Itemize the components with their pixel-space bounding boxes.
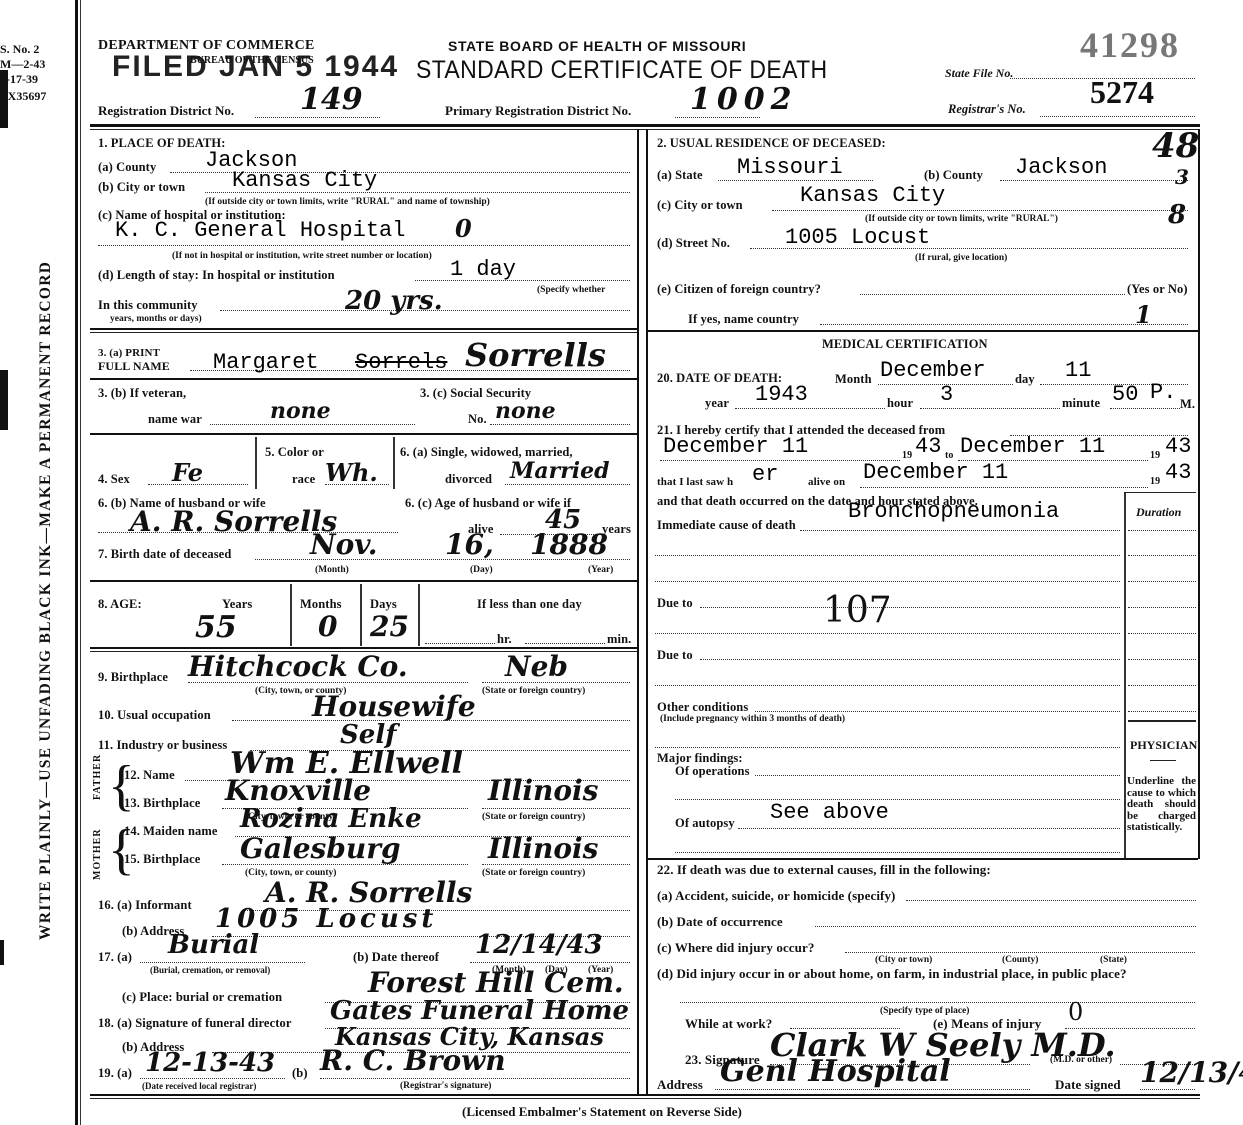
external-heading: 22. If death was due to external causes,… — [657, 862, 991, 878]
spouse-value: A. R. Sorrells — [130, 505, 337, 538]
hospital-note: (If not in hospital or institution, writ… — [172, 251, 432, 261]
ink-instruction: WRITE PLAINLY—USE UNFADING BLACK INK—MAK… — [37, 261, 55, 940]
last-saw-value: er — [752, 462, 778, 487]
mother-maiden-label: 14. Maiden name — [124, 824, 218, 839]
autopsy-line — [738, 828, 1120, 829]
duration-divider — [1124, 492, 1126, 859]
hr-line — [425, 643, 495, 644]
duration-line — [1128, 607, 1196, 608]
signature-address-label: Address — [657, 1077, 703, 1093]
due-to-2-label: Due to — [657, 648, 693, 663]
scan-mark — [0, 370, 8, 430]
informant-label: 16. (a) Informant — [98, 898, 192, 913]
physician-header: PHYSICIAN — [1130, 738, 1197, 753]
industry-label: 11. Industry or business — [98, 738, 227, 753]
registration-district-label: Registration District No. — [98, 103, 234, 119]
duration-line — [1128, 530, 1196, 531]
primary-district-value: 1002 — [690, 82, 798, 117]
due-to-1-line — [700, 607, 1120, 608]
primary-district-label: Primary Registration District No. — [445, 103, 631, 119]
external-c-label: (c) Where did injury occur? — [657, 940, 814, 956]
race-label: race — [292, 472, 315, 487]
form-border-right — [1198, 129, 1200, 859]
scan-mark — [0, 70, 8, 128]
birthplace-state: Neb — [505, 650, 568, 683]
country-value: 1 — [1135, 300, 1152, 329]
age-days-value: 25 — [370, 610, 409, 643]
disposition-date-label: (b) Date thereof — [353, 950, 439, 965]
row-rule — [90, 433, 637, 435]
while-at-work-label: While at work? — [685, 1016, 772, 1032]
attended-to-value: December 11 — [960, 434, 1105, 459]
duration-line — [1128, 633, 1196, 634]
disposition-label: 17. (a) — [98, 950, 132, 965]
autopsy-value: See above — [770, 800, 889, 825]
death-m-label: M. — [1180, 397, 1195, 412]
row-rule — [90, 580, 637, 582]
cell-divider — [360, 584, 362, 646]
duration-line — [1128, 659, 1196, 660]
external-b-line — [815, 926, 1196, 927]
death-minute-value: 50 — [1112, 382, 1138, 407]
registrar-sig-caption: (Registrar's signature) — [400, 1081, 491, 1091]
citizen-line — [860, 294, 1125, 295]
burial-place-value: Forest Hill Cem. — [368, 966, 624, 999]
embalmer-note: (Licensed Embalmer's Statement on Revers… — [462, 1104, 742, 1120]
mother-maiden-value: Rozina Enke — [240, 804, 422, 834]
birth-day: 16, — [445, 528, 494, 561]
duration-header: Duration — [1136, 505, 1181, 520]
external-b-label: (b) Date of occurrence — [657, 914, 783, 930]
duration-line — [1128, 711, 1196, 712]
mother-birthplace-city: Galesburg — [240, 832, 401, 865]
cause-line — [675, 799, 1120, 800]
section-rule — [90, 328, 637, 330]
cause-line — [655, 633, 1120, 634]
death-hour-value: 3 — [940, 382, 953, 407]
father-birthplace-city: Knoxville — [225, 774, 371, 807]
burial-place-label: (c) Place: burial or cremation — [122, 990, 282, 1005]
ss-no-label: No. — [468, 412, 487, 427]
external-county-caption: (County) — [1002, 955, 1038, 965]
registration-district-value: 149 — [300, 82, 363, 117]
war-line — [210, 424, 415, 425]
page-title: STANDARD CERTIFICATE OF DEATH — [416, 56, 827, 85]
form-border-left — [75, 0, 78, 1125]
cause-line — [655, 685, 1120, 686]
marital-value: Married — [510, 458, 610, 484]
birthplace-label: 9. Birthplace — [98, 670, 168, 685]
last-saw-label: that I last saw h — [657, 476, 733, 488]
attended-from-year: 43 — [915, 434, 941, 459]
residence-margin-code: 3 — [1175, 165, 1189, 189]
cell-divider — [393, 437, 395, 489]
other-conditions-label: Other conditions — [657, 700, 748, 715]
section-rule — [90, 332, 637, 333]
residence-margin-code: 8 — [1168, 200, 1186, 230]
registration-district-line — [255, 117, 380, 118]
war-value: none — [270, 398, 331, 424]
means-value: 0 — [1068, 998, 1083, 1026]
medical-heading: MEDICAL CERTIFICATION — [822, 337, 988, 352]
birth-year: 1888 — [530, 528, 608, 561]
immediate-cause-value: Bronchopneumonia — [848, 499, 1059, 524]
mother-birthplace-label: 15. Birthplace — [124, 852, 200, 867]
death-city-note: (If outside city or town limits, write "… — [205, 197, 490, 207]
death-hour-line — [920, 408, 1060, 409]
cell-divider — [418, 584, 420, 646]
alive-on-line — [860, 487, 1148, 488]
residence-heading: 2. USUAL RESIDENCE OF DECEASED: — [657, 136, 886, 151]
residence-county-value: Jackson — [1015, 155, 1107, 180]
community-label: In this community — [98, 298, 198, 313]
stay-label: (d) Length of stay: In hospital or insti… — [98, 268, 335, 283]
cause-line — [675, 852, 1120, 853]
day-caption: (Day) — [470, 565, 493, 575]
community-value: 20 yrs. — [345, 286, 443, 316]
stay-line — [415, 280, 630, 281]
death-city-value: Kansas City — [232, 168, 377, 193]
date-received-caption: (Date received local registrar) — [142, 1081, 256, 1091]
state-caption: (State or foreign country) — [482, 686, 585, 696]
state-file-number: 41298 — [1080, 24, 1180, 66]
birthplace-city: Hitchcock Co. — [188, 650, 408, 683]
funeral-director-label: 18. (a) Signature of funeral director — [98, 1016, 292, 1031]
death-ampm-value: P. — [1150, 380, 1176, 405]
death-day-label: day — [1015, 372, 1035, 387]
country-label: If yes, name country — [688, 312, 799, 327]
form-code: S. No. 2 — [0, 42, 46, 57]
residence-state-label: (a) State — [657, 168, 703, 183]
date-signed-value: 12/13/43 — [1140, 1056, 1243, 1089]
registrars-number: 5274 — [1090, 74, 1154, 111]
row-rule — [90, 378, 637, 380]
header-rule-2 — [90, 129, 1200, 130]
registrar-sig-line — [320, 1078, 630, 1079]
death-month-label: Month — [835, 372, 872, 387]
divorced-label: divorced — [445, 472, 492, 487]
citizen-label: (e) Citizen of foreign country? — [657, 282, 821, 297]
row-rule — [90, 647, 637, 649]
disposition-value: Burial — [168, 930, 259, 960]
occupation-value: Housewife — [312, 690, 476, 723]
external-city-caption: (City or town) — [875, 955, 932, 965]
attended-from-value: December 11 — [663, 434, 808, 459]
father-name-label: 12. Name — [124, 768, 175, 783]
father-birthplace-state: Illinois — [488, 774, 598, 807]
md-caption: (M.D. or other) — [1050, 1055, 1112, 1065]
marital-line — [505, 484, 630, 485]
external-a-label: (a) Accident, suicide, or homicide (spec… — [657, 888, 896, 904]
residence-city-value: Kansas City — [800, 183, 945, 208]
registrar-sig-value: R. C. Brown — [320, 1044, 506, 1077]
registrar-sig-label: (b) — [292, 1066, 308, 1081]
street-note: (If rural, give location) — [915, 253, 1007, 263]
death-year-value: 1943 — [755, 382, 808, 407]
occupation-label: 10. Usual occupation — [98, 708, 211, 723]
street-value: 1005 Locust — [785, 225, 930, 250]
scan-mark — [0, 940, 4, 965]
street-label: (d) Street No. — [657, 236, 730, 251]
due-to-1-label: Due to — [657, 596, 693, 611]
death-minute-line — [1110, 408, 1180, 409]
father-birthplace-state-line — [482, 808, 630, 809]
immediate-cause-label: Immediate cause of death — [657, 518, 796, 533]
other-conditions-note: (Include pregnancy within 3 months of de… — [660, 714, 845, 724]
alive-on-label: alive on — [808, 476, 845, 488]
cause-line — [655, 555, 1120, 556]
age-months-value: 0 — [318, 610, 337, 643]
state-caption: (State or foreign country) — [482, 812, 585, 822]
specify-note: (Specify whether — [537, 285, 605, 295]
residence-state-value: Missouri — [737, 155, 843, 180]
operations-line — [755, 775, 1120, 776]
full-name-typed: Margaret — [213, 350, 319, 375]
primary-district-line — [675, 117, 760, 118]
residence-county-label: (b) County — [924, 168, 983, 183]
registrar-no-line — [1040, 116, 1195, 117]
operations-label: Of operations — [675, 764, 750, 779]
duration-top — [1124, 492, 1196, 493]
cause-line — [655, 581, 1120, 582]
hospital-value: K. C. General Hospital — [115, 218, 405, 243]
due-to-2-line — [700, 659, 1120, 660]
death-year-line — [735, 408, 885, 409]
hospital-line — [98, 245, 630, 246]
residence-margin-code: 48 — [1152, 126, 1199, 166]
column-divider-2 — [646, 129, 648, 1094]
residence-city-label: (c) City or town — [657, 198, 743, 213]
external-d-label: (d) Did injury occur in or about home, o… — [657, 966, 1127, 982]
date-signed-label: Date signed — [1055, 1077, 1121, 1093]
disposition-line — [140, 962, 305, 963]
autopsy-label: Of autopsy — [675, 816, 735, 831]
race-value: Wh. — [325, 458, 378, 487]
hr-label: hr. — [497, 632, 512, 647]
community-note: years, months or days) — [110, 314, 202, 324]
form-border-left-inner — [80, 0, 81, 1125]
citizen-yes-no: (Yes or No) — [1127, 282, 1188, 297]
ss-line — [490, 424, 630, 425]
death-year-label: year — [705, 396, 729, 411]
disposition-date-value: 12/14/43 — [475, 930, 603, 960]
stay-value: 1 day — [450, 257, 516, 282]
age-label: 8. AGE: — [98, 597, 142, 612]
birth-month: Nov. — [310, 528, 377, 561]
external-c-line — [845, 952, 1195, 953]
cell-divider — [290, 584, 292, 646]
father-birthplace-label: 13. Birthplace — [124, 796, 200, 811]
death-hour-label: hour — [887, 396, 913, 411]
residence-city-line — [772, 210, 1188, 211]
alive-on-value: December 11 — [863, 460, 1008, 485]
date-received-label: 19. (a) — [98, 1066, 132, 1081]
residence-city-note: (If outside city or town limits, write "… — [865, 214, 1058, 224]
disposition-caption: (Burial, cremation, or removal) — [150, 965, 270, 975]
header-rule — [90, 124, 1200, 127]
father-bracket: FATHER — [92, 754, 103, 800]
date-received-line — [140, 1078, 285, 1079]
place-type-caption: (Specify type of place) — [880, 1006, 969, 1016]
section-rule — [646, 330, 1198, 332]
death-day-value: 11 — [1065, 358, 1091, 383]
disposition-date-line — [470, 962, 630, 963]
sex-value: Fe — [172, 458, 203, 487]
due-to-code: 107 — [823, 590, 892, 631]
country-line — [820, 324, 1188, 325]
cell-divider — [255, 437, 257, 489]
death-county-label: (a) County — [98, 160, 156, 175]
cause-line — [655, 747, 1120, 748]
duration-rule — [1128, 720, 1196, 722]
external-state-caption: (State) — [1100, 955, 1127, 965]
min-line — [525, 643, 605, 644]
nineteen-label: 19 — [1150, 450, 1160, 461]
signature-address-line — [715, 1089, 1030, 1090]
full-name-label-a: 3. (a) PRINT — [98, 347, 160, 359]
residence-state-line — [718, 180, 873, 181]
residence-county-line — [1000, 180, 1188, 181]
nineteen-label: 19 — [1150, 476, 1160, 487]
year-caption: (Year) — [588, 565, 613, 575]
external-a-line — [906, 900, 1196, 901]
age-years-value: 55 — [195, 610, 237, 645]
form-bottom-rule — [90, 1094, 1200, 1096]
duration-line — [1128, 685, 1196, 686]
alive-on-year: 43 — [1165, 460, 1191, 485]
mother-birthplace-state: Illinois — [488, 832, 598, 865]
sex-label: 4. Sex — [98, 472, 130, 487]
physician-note: Underline the cause to which death shoul… — [1127, 776, 1196, 834]
birth-date-label: 7. Birth date of deceased — [98, 547, 231, 562]
ss-value: none — [495, 398, 556, 424]
attended-to-year: 43 — [1165, 434, 1191, 459]
state-board: STATE BOARD OF HEALTH OF MISSOURI — [448, 38, 746, 54]
death-month-value: December — [880, 358, 986, 383]
veteran-label: 3. (b) If veteran, — [98, 386, 186, 401]
form-bottom-rule-2 — [90, 1098, 1200, 1099]
column-divider — [637, 129, 639, 1094]
external-d-line — [680, 1002, 1195, 1003]
full-name-label-b: FULL NAME — [98, 359, 170, 374]
age-less-header: If less than one day — [477, 597, 582, 612]
war-label: name war — [148, 412, 202, 427]
hospital-mark: 0 — [455, 214, 472, 243]
duration-line — [1128, 581, 1196, 582]
immediate-cause-line — [800, 530, 1120, 531]
color-label: 5. Color or — [265, 445, 324, 460]
full-name-handwritten: Sorrells — [465, 336, 606, 374]
mother-bracket: MOTHER — [92, 828, 103, 880]
signature-address-value: Genl Hospital — [720, 1054, 951, 1089]
state-caption: (State or foreign country) — [482, 868, 585, 878]
section-rule — [646, 858, 1198, 860]
full-name-struck: Sorrels — [355, 350, 447, 375]
duration-line — [1128, 555, 1196, 556]
state-file-label: State File No. — [945, 66, 1013, 81]
date-signed-line — [1140, 1089, 1195, 1090]
other-conditions-line — [755, 711, 1120, 712]
bureau-name: BUREAU OF THE CENSUS — [190, 55, 314, 66]
death-minute-label: minute — [1062, 396, 1100, 411]
min-label: min. — [607, 632, 631, 647]
physician-rule — [1150, 760, 1176, 761]
month-caption: (Month) — [315, 565, 349, 575]
registrar-no-label: Registrar's No. — [948, 102, 1026, 117]
death-city-label: (b) City or town — [98, 180, 185, 195]
date-received-value: 12-13-43 — [145, 1048, 275, 1078]
